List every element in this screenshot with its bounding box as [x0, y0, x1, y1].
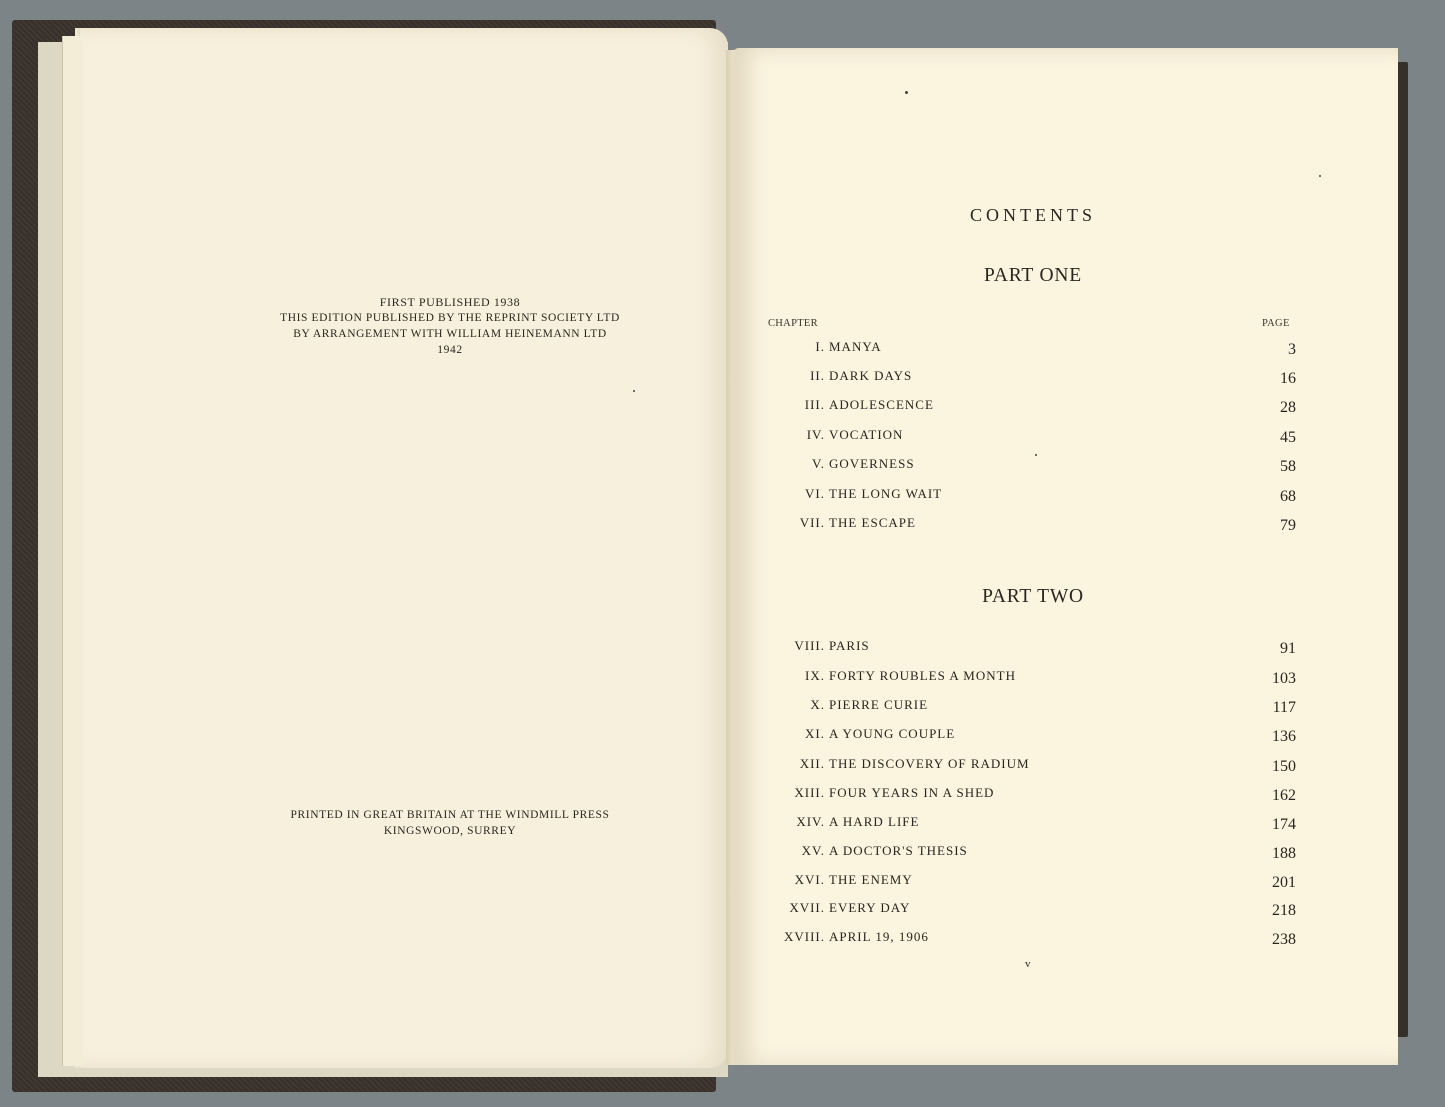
left-page — [78, 28, 728, 1068]
imprint-line: FIRST PUBLISHED 1938 — [230, 294, 670, 310]
imprint-line: THIS EDITION PUBLISHED BY THE REPRINT SO… — [230, 310, 670, 326]
chapter-page: 150 — [1272, 758, 1296, 776]
chapter-page: 201 — [1272, 874, 1296, 892]
chapter-title: PIERRE CURIE — [829, 697, 928, 713]
toc-entry: XVII. EVERY DAY 218 — [760, 900, 1300, 920]
chapter-number: II. — [810, 368, 825, 384]
chapter-page: 238 — [1272, 931, 1296, 949]
chapter-title: A DOCTOR'S THESIS — [829, 843, 968, 859]
chapter-number: XVIII. — [784, 929, 825, 945]
part-one-heading: PART ONE — [733, 265, 1333, 287]
chapter-title: PARIS — [829, 638, 870, 654]
chapter-number: IV. — [807, 427, 825, 443]
imprint-line: BY ARRANGEMENT WITH WILLIAM HEINEMANN LT… — [230, 326, 670, 342]
toc-entry: XIV. A HARD LIFE 174 — [760, 814, 1300, 834]
chapter-page: 91 — [1280, 640, 1296, 658]
chapter-page: 28 — [1280, 399, 1296, 417]
toc-entry: XV. A DOCTOR'S THESIS 188 — [760, 843, 1300, 863]
chapter-page: 16 — [1280, 370, 1296, 388]
chapter-page: 79 — [1280, 517, 1296, 535]
chapter-title: FORTY ROUBLES A MONTH — [829, 668, 1016, 684]
chapter-number: IX. — [805, 668, 825, 684]
paper-speck — [633, 390, 635, 392]
chapter-number: XIII. — [794, 785, 825, 801]
chapter-page: 218 — [1272, 902, 1296, 920]
toc-entry: XVI. THE ENEMY 201 — [760, 872, 1300, 892]
chapter-page: 103 — [1272, 670, 1296, 688]
chapter-page: 58 — [1280, 458, 1296, 476]
toc-entry: IV. VOCATION 45 — [760, 427, 1300, 447]
chapter-title: EVERY DAY — [829, 900, 910, 916]
chapter-number: XII. — [800, 756, 825, 772]
chapter-column-header: CHAPTER — [768, 318, 818, 329]
chapter-number: XVII. — [789, 900, 825, 916]
chapter-number: VII. — [800, 515, 825, 531]
chapter-title: A YOUNG COUPLE — [829, 726, 955, 742]
chapter-title: FOUR YEARS IN A SHED — [829, 785, 994, 801]
paper-speck — [905, 91, 908, 94]
chapter-page: 3 — [1288, 341, 1296, 359]
toc-entry: III. ADOLESCENCE 28 — [760, 397, 1300, 417]
chapter-number: XVI. — [795, 872, 825, 888]
toc-entry: IX. FORTY ROUBLES A MONTH 103 — [760, 668, 1300, 688]
paper-speck — [1319, 175, 1321, 177]
chapter-title: THE ESCAPE — [829, 515, 916, 531]
page-column-header: PAGE — [1262, 318, 1290, 329]
chapter-number: XI. — [805, 726, 825, 742]
chapter-page: 45 — [1280, 429, 1296, 447]
chapter-number: XIV. — [796, 814, 825, 830]
chapter-page: 117 — [1273, 699, 1296, 717]
chapter-title: VOCATION — [829, 427, 903, 443]
toc-entry: XVIII. APRIL 19, 1906 238 — [760, 929, 1300, 949]
chapter-number: VI. — [805, 486, 825, 502]
toc-entry: I. MANYA 3 — [760, 339, 1300, 359]
toc-entry: XIII. FOUR YEARS IN A SHED 162 — [760, 785, 1300, 805]
chapter-number: I. — [815, 339, 825, 355]
contents-title: CONTENTS — [733, 205, 1333, 226]
paper-speck — [1035, 454, 1037, 456]
chapter-page: 188 — [1272, 845, 1296, 863]
underlying-leaf-edge — [62, 36, 83, 1066]
imprint-line: KINGSWOOD, SURREY — [230, 823, 670, 839]
chapter-title: THE ENEMY — [829, 872, 913, 888]
chapter-title: DARK DAYS — [829, 368, 912, 384]
toc-entry: V. GOVERNESS 58 — [760, 456, 1300, 476]
imprint-publication-info: FIRST PUBLISHED 1938 THIS EDITION PUBLIS… — [230, 294, 670, 358]
toc-entry: VIII. PARIS 91 — [760, 638, 1300, 658]
chapter-title: ADOLESCENCE — [829, 397, 934, 413]
toc-entry: II. DARK DAYS 16 — [760, 368, 1300, 388]
chapter-title: GOVERNESS — [829, 456, 915, 472]
chapter-number: V. — [812, 456, 825, 472]
chapter-page: 136 — [1272, 728, 1296, 746]
imprint-printer-info: PRINTED IN GREAT BRITAIN AT THE WINDMILL… — [230, 807, 670, 839]
toc-entry: X. PIERRE CURIE 117 — [760, 697, 1300, 717]
chapter-title: THE DISCOVERY OF RADIUM — [829, 756, 1030, 772]
imprint-line: PRINTED IN GREAT BRITAIN AT THE WINDMILL… — [230, 807, 670, 823]
chapter-number: VIII. — [794, 638, 825, 654]
chapter-title: APRIL 19, 1906 — [829, 929, 929, 945]
chapter-number: X. — [810, 697, 825, 713]
page-folio: v — [1025, 958, 1031, 970]
imprint-line: 1942 — [230, 342, 670, 358]
toc-entry: VII. THE ESCAPE 79 — [760, 515, 1300, 535]
toc-entry: VI. THE LONG WAIT 68 — [760, 486, 1300, 506]
part-two-heading: PART TWO — [733, 586, 1333, 608]
chapter-number: III. — [805, 397, 825, 413]
toc-entry: XII. THE DISCOVERY OF RADIUM 150 — [760, 756, 1300, 776]
chapter-title: THE LONG WAIT — [829, 486, 942, 502]
chapter-page: 162 — [1272, 787, 1296, 805]
chapter-number: XV. — [802, 843, 825, 859]
chapter-page: 68 — [1280, 488, 1296, 506]
chapter-title: MANYA — [829, 339, 882, 355]
toc-entry: XI. A YOUNG COUPLE 136 — [760, 726, 1300, 746]
chapter-title: A HARD LIFE — [829, 814, 919, 830]
chapter-page: 174 — [1272, 816, 1296, 834]
